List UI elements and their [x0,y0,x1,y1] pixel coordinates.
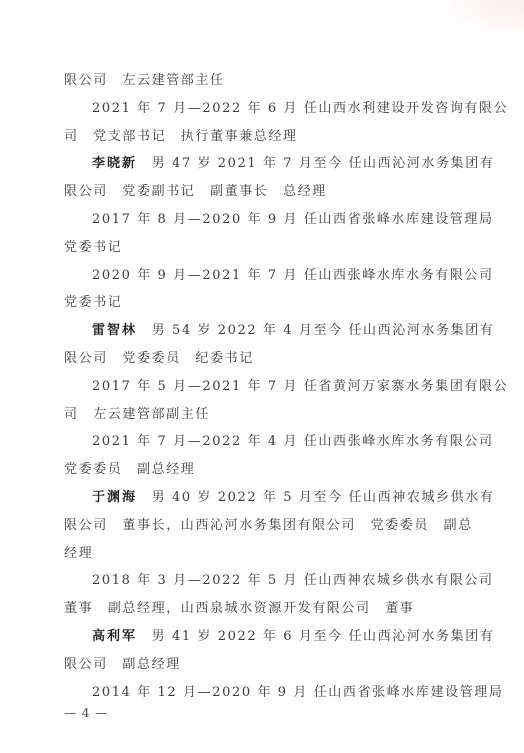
line-text: 2017 年 5 月—2021 年 7 月 任省黄河万家寨水务集团有限公 [92,379,508,394]
text-line: 限公司 董事长，山西沁河水务集团有限公司 党委委员 副总 [64,512,478,540]
document-body: 限公司 左云建管部主任 2021 年 7 月—2022 年 6 月 任山西水利建… [64,67,478,706]
line-text: 司 党支部书记 执行董事兼总经理 [64,129,298,144]
text-line: 党委书记 [64,289,478,317]
line-text: 2014 年 12 月—2020 年 9 月 任山西省张峰水库建设管理局 [92,685,504,700]
line-text: 限公司 党委委员 纪委书记 [64,351,254,366]
text-line: 2018 年 3 月—2022 年 5 月 任山西神农城乡供水有限公司 [64,567,478,595]
line-text: 2017 年 8 月—2020 年 9 月 任山西省张峰水库建设管理局 [92,212,494,227]
line-text: 经理 [64,546,93,561]
line-text: 2021 年 7 月—2022 年 6 月 任山西水利建设开发咨询有限公 [92,101,508,116]
person-name: 高利军 [92,629,137,644]
person-name: 李晓新 [92,156,137,171]
line-text: 限公司 党委副书记 副董事长 总经理 [64,184,327,199]
line-text: 男 41 岁 2022 年 6 月至今 任山西沁河水务集团有 [137,629,494,644]
text-line: 党委委员 副总经理 [64,456,478,484]
person-entry: 于渊海 男 40 岁 2022 年 5 月至今 任山西神农城乡供水有 [64,484,478,512]
text-line: 司 党支部书记 执行董事兼总经理 [64,123,478,151]
line-text: 党委书记 [64,295,122,310]
text-line: 司 左云建管部副主任 [64,401,478,429]
line-text: 限公司 副总经理 [64,657,181,672]
line-text: 董事 副总经理，山西泉城水资源开发有限公司 董事 [64,601,414,616]
text-line: 党委书记 [64,234,478,262]
line-text: 党委书记 [64,240,122,255]
text-line: 2021 年 7 月—2022 年 6 月 任山西水利建设开发咨询有限公 [64,95,478,123]
person-name: 雷智林 [92,323,137,338]
text-line: 限公司 党委委员 纪委书记 [64,345,478,373]
text-line: 限公司 左云建管部主任 [64,67,478,95]
page-number: — 4 — [64,706,108,720]
person-entry: 高利军 男 41 岁 2022 年 6 月至今 任山西沁河水务集团有 [64,623,478,651]
text-line: 2020 年 9 月—2021 年 7 月 任山西张峰水库水务有限公司 [64,262,478,290]
scan-tint [434,0,524,40]
line-text: 限公司 董事长，山西沁河水务集团有限公司 党委委员 副总 [64,518,473,533]
line-text: 男 47 岁 2021 年 7 月至今 任山西沁河水务集团有 [137,156,494,171]
text-line: 2017 年 8 月—2020 年 9 月 任山西省张峰水库建设管理局 [64,206,478,234]
line-text: 男 40 岁 2022 年 5 月至今 任山西神农城乡供水有 [137,490,494,505]
line-text: 2020 年 9 月—2021 年 7 月 任山西张峰水库水务有限公司 [92,268,494,283]
line-text: 2021 年 7 月—2022 年 4 月 任山西张峰水库水务有限公司 [92,434,494,449]
line-text: 限公司 左云建管部主任 [64,73,225,88]
text-line: 经理 [64,540,478,568]
text-line: 董事 副总经理，山西泉城水资源开发有限公司 董事 [64,595,478,623]
text-line: 限公司 党委副书记 副董事长 总经理 [64,178,478,206]
text-line: 2014 年 12 月—2020 年 9 月 任山西省张峰水库建设管理局 [64,679,478,707]
text-line: 2017 年 5 月—2021 年 7 月 任省黄河万家寨水务集团有限公 [64,373,478,401]
text-line: 限公司 副总经理 [64,651,478,679]
person-entry: 李晓新 男 47 岁 2021 年 7 月至今 任山西沁河水务集团有 [64,150,478,178]
line-text: 司 左云建管部副主任 [64,407,210,422]
line-text: 男 54 岁 2022 年 4 月至今 任山西沁河水务集团有 [137,323,494,338]
line-text: 党委委员 副总经理 [64,462,195,477]
person-entry: 雷智林 男 54 岁 2022 年 4 月至今 任山西沁河水务集团有 [64,317,478,345]
text-line: 2021 年 7 月—2022 年 4 月 任山西张峰水库水务有限公司 [64,428,478,456]
person-name: 于渊海 [92,490,137,505]
line-text: 2018 年 3 月—2022 年 5 月 任山西神农城乡供水有限公司 [92,573,494,588]
